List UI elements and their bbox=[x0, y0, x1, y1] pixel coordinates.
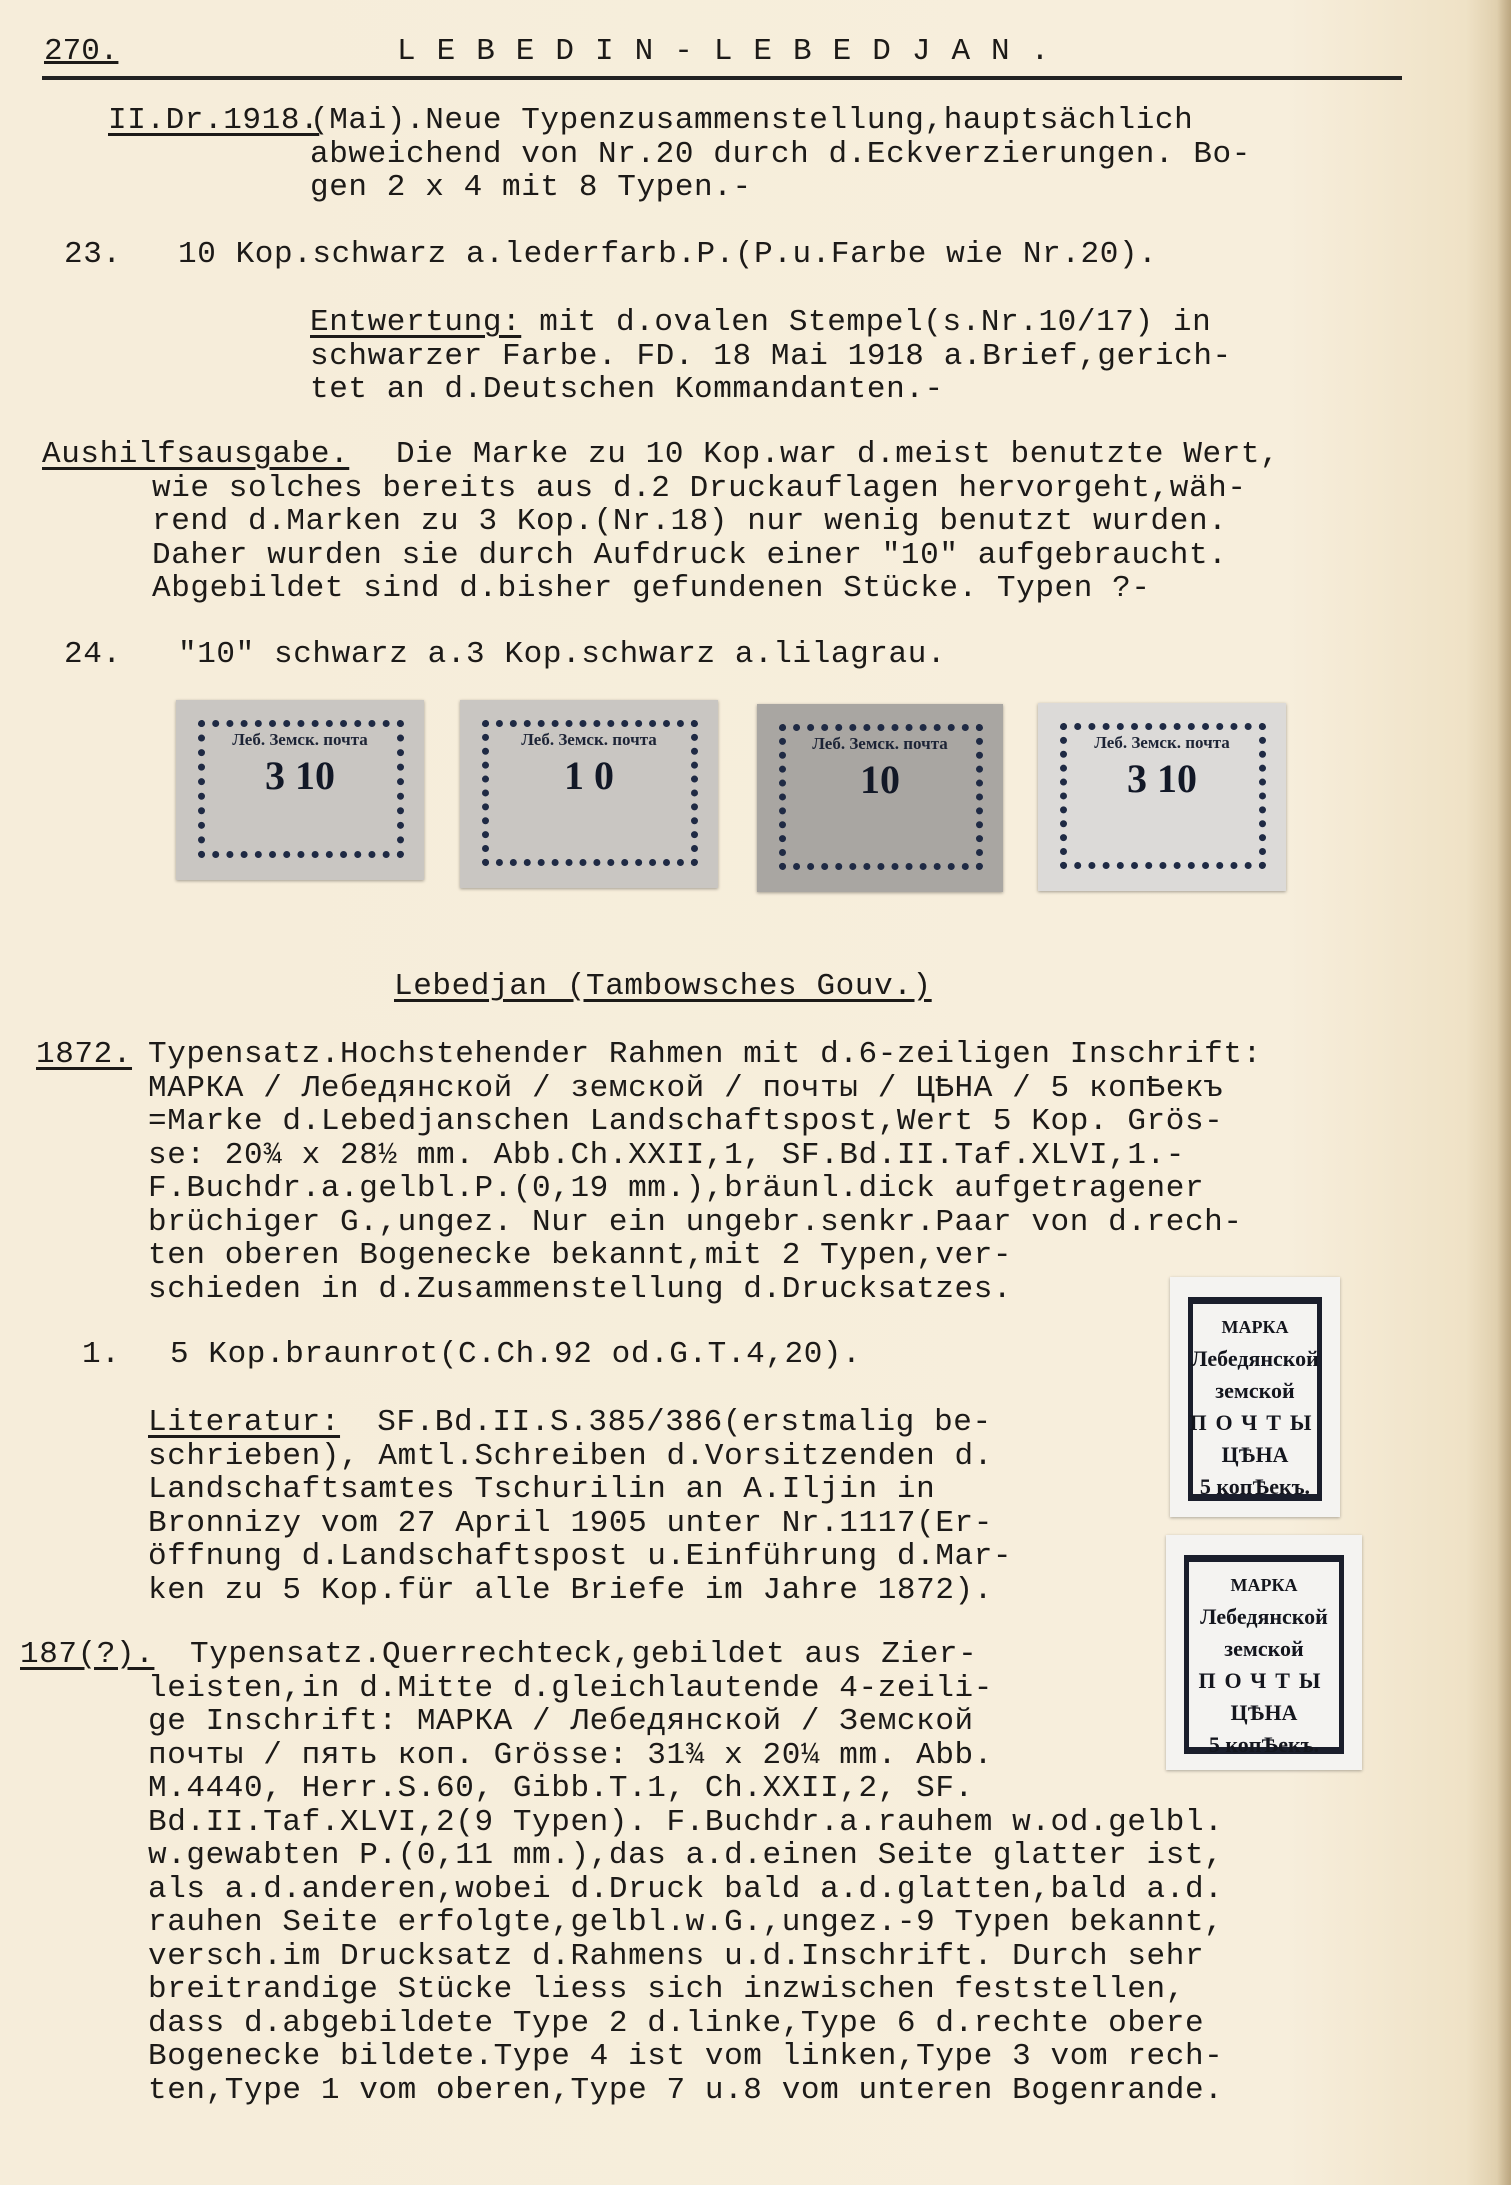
stamp-image: МАРКА Лебедянской земской ПОЧТЫ ЦѢНА 5 к… bbox=[1170, 1277, 1340, 1517]
stamp-inscription: Леб. Земск. почта bbox=[176, 730, 424, 750]
page-title: LEBEDIN-LEBEDJAN. bbox=[397, 34, 1070, 69]
issue-text-line: brüchiger G.,ungez. Nur ein ungebr.senkr… bbox=[148, 1206, 1243, 1239]
literature-text-line: öffnung d.Landschaftspost u.Einführung d… bbox=[148, 1540, 1012, 1573]
issue-text-line: Typensatz.Querrechteck,gebildet aus Zier… bbox=[190, 1638, 977, 1671]
catalog-number: 24. bbox=[64, 638, 122, 671]
stamp-inscription: Леб. Земск. почта bbox=[460, 730, 718, 750]
issue-text-line: rauhen Seite erfolgte,gelbl.w.G.,ungez.-… bbox=[148, 1906, 1223, 1939]
issue-text-line: Typensatz.Hochstehender Rahmen mit d.6-z… bbox=[148, 1038, 1262, 1071]
provisional-text-line: Abgebildet sind d.bisher gefundenen Stüc… bbox=[152, 572, 1151, 605]
literature-text-line: ken zu 5 Kop.für alle Briefe im Jahre 18… bbox=[148, 1574, 993, 1607]
literature-text-line: schrieben), Amtl.Schreiben d.Vorsitzende… bbox=[148, 1440, 993, 1473]
literature-text-line: Bronnizy vom 27 April 1905 unter Nr.1117… bbox=[148, 1507, 993, 1540]
literature-text-line: SF.Bd.II.S.385/386(erstmalig be- bbox=[358, 1406, 992, 1439]
stamp-overprint: 10 bbox=[757, 756, 1003, 803]
issue-text-line: schieden in d.Zusammenstellung d.Drucksa… bbox=[148, 1273, 1012, 1306]
issue-text-line: ge Inschrift: МАРКА / Лебедянской / Земс… bbox=[148, 1705, 974, 1738]
issue-text-line: почты / пять коп. Grösse: 31¾ x 20¼ mm. … bbox=[148, 1739, 993, 1772]
issue-text-line: w.gewabten P.(0,11 mm.),das a.d.einen Se… bbox=[148, 1839, 1223, 1872]
issue-label: II.Dr.1918. bbox=[108, 104, 319, 137]
literature-text-line: Landschaftsamtes Tschurilin an A.Iljin i… bbox=[148, 1473, 935, 1506]
issue-text-line: Bogenecke bildete.Type 4 ist vom linken,… bbox=[148, 2040, 1223, 2073]
cancellation-label: Entwertung: bbox=[310, 306, 521, 339]
issue-text-line: abweichend von Nr.20 durch d.Eckverzieru… bbox=[310, 138, 1251, 171]
catalog-number: 23. bbox=[64, 238, 122, 271]
stamp-image: МАРКА Лебедянской земской ПОЧТЫ ЦѢНА 5 к… bbox=[1166, 1535, 1362, 1770]
stamp-image: Леб. Земск. почта 3 10 bbox=[1038, 703, 1286, 891]
section-heading: Lebedjan (Tambowsches Gouv.) bbox=[394, 970, 932, 1003]
issue-text-line: M.4440, Herr.S.60, Gibb.T.1, Ch.XXII,2, … bbox=[148, 1772, 974, 1805]
issue-text-line: als a.d.anderen,wobei d.Druck bald a.d.g… bbox=[148, 1873, 1223, 1906]
document-page: 270. LEBEDIN-LEBEDJAN. II.Dr.1918. (Mai)… bbox=[0, 0, 1511, 2185]
provisional-text-line: Die Marke zu 10 Kop.war d.meist benutzte… bbox=[396, 438, 1279, 471]
stamp-overprint: 3 10 bbox=[1038, 755, 1286, 802]
issue-text-line: Bd.II.Taf.XLVI,2(9 Typen). F.Buchdr.a.ra… bbox=[148, 1806, 1223, 1839]
catalog-entry: "10" schwarz a.3 Kop.schwarz a.lilagrau. bbox=[178, 638, 946, 671]
stamp-overprint: 3 10 bbox=[176, 752, 424, 799]
issue-label: 1872. bbox=[36, 1038, 132, 1071]
issue-text-line: ten oberen Bogenecke bekannt,mit 2 Typen… bbox=[148, 1239, 1012, 1272]
issue-text-line: (Mai).Neue Typenzusammenstellung,hauptsä… bbox=[310, 104, 1193, 137]
issue-text-line: gen 2 x 4 mit 8 Typen.- bbox=[310, 171, 752, 204]
issue-label: 187(?). bbox=[20, 1638, 154, 1671]
provisional-label: Aushilfsausgabe. bbox=[42, 438, 349, 471]
stamp-inscription: МАРКА Лебедянской земской ПОЧТЫ ЦѢНА 5 к… bbox=[1184, 1569, 1344, 1761]
cancellation-text-line: mit d.ovalen Stempel(s.Nr.10/17) in bbox=[520, 306, 1211, 339]
page-number: 270. bbox=[44, 34, 118, 69]
issue-text-line: =Marke d.Lebedjanschen Landschaftspost,W… bbox=[148, 1105, 1223, 1138]
stamp-inscription: Леб. Земск. почта bbox=[1038, 733, 1286, 753]
issue-text-line: breitrandige Stücke liess sich inzwische… bbox=[148, 1973, 1185, 2006]
provisional-text-line: rend d.Marken zu 3 Kop.(Nr.18) nur wenig… bbox=[152, 505, 1227, 538]
issue-text-line: leisten,in d.Mitte d.gleichlautende 4-ze… bbox=[148, 1672, 993, 1705]
stamp-image: Леб. Земск. почта 10 bbox=[757, 704, 1003, 892]
provisional-text-line: Daher wurden sie durch Aufdruck einer "1… bbox=[152, 539, 1227, 572]
stamp-inscription: Леб. Земск. почта bbox=[757, 734, 1003, 754]
catalog-number: 1. bbox=[82, 1338, 120, 1371]
catalog-entry: 5 Kop.braunrot(C.Ch.92 od.G.T.4,20). bbox=[170, 1338, 861, 1371]
issue-text-line: ten,Type 1 vom oberen,Type 7 u.8 vom unt… bbox=[148, 2074, 1223, 2107]
issue-text-line: dass d.abgebildete Type 2 d.linke,Type 6… bbox=[148, 2007, 1204, 2040]
page-header: 270. LEBEDIN-LEBEDJAN. bbox=[42, 26, 1402, 80]
cancellation-text-line: tet an d.Deutschen Kommandanten.- bbox=[310, 373, 944, 406]
catalog-entry: 10 Kop.schwarz a.lederfarb.P.(P.u.Farbe … bbox=[178, 238, 1157, 271]
literature-label: Literatur: bbox=[148, 1406, 340, 1439]
stamp-image: Леб. Земск. почта 3 10 bbox=[176, 700, 424, 880]
stamp-overprint: 1 0 bbox=[460, 752, 718, 799]
stamp-inscription: МАРКА Лебедянской земской ПОЧТЫ ЦѢНА 5 к… bbox=[1188, 1311, 1322, 1503]
issue-text-line: versch.im Drucksatz d.Rahmens u.d.Inschr… bbox=[148, 1940, 1204, 1973]
stamp-image: Леб. Земск. почта 1 0 bbox=[460, 700, 718, 888]
issue-text-line: se: 20¾ x 28½ mm. Abb.Ch.XXII,1, SF.Bd.I… bbox=[148, 1139, 1185, 1172]
cancellation-text-line: schwarzer Farbe. FD. 18 Mai 1918 a.Brief… bbox=[310, 340, 1232, 373]
issue-text-line: F.Buchdr.a.gelbl.P.(0,19 mm.),bräunl.dic… bbox=[148, 1172, 1204, 1205]
provisional-text-line: wie solches bereits aus d.2 Druckauflage… bbox=[152, 472, 1247, 505]
issue-text-line: МАРКА / Лебедянской / земской / почты / … bbox=[148, 1072, 1223, 1105]
